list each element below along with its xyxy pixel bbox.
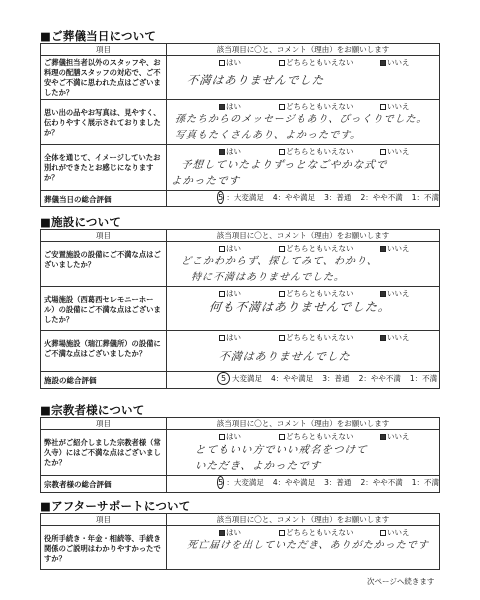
column-header-instruction: 該当項目に〇と、コメント（理由）をお願いします [167, 44, 440, 56]
checkbox-icon[interactable] [219, 291, 225, 297]
question-text: 弊社がご紹介しました宗教者様（常久寺）にはご不満な点はございましたか？ [41, 430, 166, 468]
selected-rating-circle[interactable]: 5 [217, 476, 224, 489]
checkbox-checked-icon[interactable] [219, 104, 225, 110]
question-row: ご安置施設の設備にご不満な点はございましたか？ はい どちらともいえない いいえ… [41, 242, 440, 287]
column-header-instruction: 該当項目に〇と、コメント（理由）をお願いします [167, 230, 440, 242]
checkbox-icon[interactable] [219, 60, 225, 66]
checkbox-icon[interactable] [279, 335, 285, 341]
checkbox-icon[interactable] [219, 335, 225, 341]
checkbox-icon[interactable] [279, 246, 285, 252]
question-row: 役所手続き・年金・相続等、手続き関係のご説明はわかりやすかったですか？ はい ど… [41, 526, 440, 570]
option-no[interactable]: いいえ [380, 58, 410, 68]
handwritten-comment: 孫たちからのメッセージもあり、びっくりでした。 [166, 112, 440, 128]
checkbox-icon[interactable] [380, 104, 386, 110]
checkbox-icon[interactable] [279, 149, 285, 155]
checkbox-checked-icon[interactable] [219, 149, 225, 155]
option-neutral[interactable]: どちらともいえない [279, 58, 380, 68]
option-no[interactable]: いいえ [380, 102, 410, 112]
checkbox-checked-icon[interactable] [380, 434, 386, 440]
rating-label: 宗教者様の総合評価 [41, 476, 166, 490]
question-text: 全体を通じて、イメージしていたお別れができたとお感じになりますか？ [41, 145, 166, 183]
answer-options: はい どちらともいえない いいえ [167, 287, 439, 299]
option-neutral[interactable]: どちらともいえない [279, 244, 380, 254]
rating-row: 施設の総合評価 5 大変満足 4：やや満足 3：普通 2：やや不満 1：不満 [41, 372, 440, 389]
handwritten-comment: 予想していたよりずっとなごやかな式で [166, 157, 440, 173]
option-neutral[interactable]: どちらともいえない [279, 102, 380, 112]
rating-label: 施設の総合評価 [41, 372, 166, 386]
religious-table: 項目 該当項目に〇と、コメント（理由）をお願いします 弊社がご紹介しました宗教者… [40, 417, 440, 493]
question-row: 火葬場施設（瑞江葬儀所）の設備にご不満な点はございましたか？ はい どちらともい… [41, 331, 440, 372]
option-neutral[interactable]: どちらともいえない [279, 528, 380, 538]
option-no[interactable]: いいえ [380, 289, 410, 299]
answer-options: はい どちらともいえない いいえ [167, 331, 439, 343]
option-no[interactable]: いいえ [380, 244, 410, 254]
question-text: ご葬儀担当者以外のスタッフや、お料理の配膳スタッフの対応で、ご不安やご不満に思わ… [41, 56, 166, 98]
checkbox-icon[interactable] [279, 291, 285, 297]
question-text: 式場施設（西葛西セレモニーホール）の設備にご不満な点はございましたか？ [41, 287, 166, 325]
section-title-facilities: ■施設について [40, 215, 121, 229]
rating-scale[interactable]: 5 ：大変満足 4：やや満足 3：普通 2：やや不満 1：不満 [167, 476, 439, 489]
option-no[interactable]: いいえ [380, 528, 410, 538]
option-no[interactable]: いいえ [380, 333, 410, 343]
handwritten-comment: とてもいい方でいい戒名をつけて [166, 442, 440, 458]
handwritten-comment: 死亡届けを出していただき、ありがたかったです [166, 538, 440, 554]
rating-label: 葬儀当日の総合評価 [41, 191, 166, 205]
handwritten-comment: よかったです [166, 173, 440, 189]
rating-scale[interactable]: 5 大変満足 4：やや満足 3：普通 2：やや不満 1：不満 [167, 372, 439, 385]
question-row: 思い出の品やお写真は、見やすく、伝わりやすく展示されておりましたか？ はい どち… [41, 100, 440, 145]
checkbox-icon[interactable] [279, 104, 285, 110]
option-yes[interactable]: はい [219, 289, 279, 299]
option-no[interactable]: いいえ [380, 432, 410, 442]
section-title-after-support: ■アフターサポートについて [40, 499, 190, 513]
answer-options: はい どちらともいえない いいえ [167, 526, 439, 538]
option-yes[interactable]: はい [219, 102, 279, 112]
option-yes[interactable]: はい [219, 333, 279, 343]
answer-options: はい どちらともいえない いいえ [167, 430, 439, 442]
checkbox-icon[interactable] [279, 530, 285, 536]
handwritten-comment: どこかわからず、探してみて、わかり、 [166, 254, 440, 270]
section-title-religious: ■宗教者様について [40, 403, 144, 417]
handwritten-comment: 不満はありませんでした [166, 68, 440, 88]
option-yes[interactable]: はい [219, 58, 279, 68]
checkbox-icon[interactable] [380, 530, 386, 536]
checkbox-checked-icon[interactable] [380, 246, 386, 252]
column-header-instruction: 該当項目に〇と、コメント（理由）をお願いします [167, 418, 440, 430]
facilities-table: 項目 該当項目に〇と、コメント（理由）をお願いします ご安置施設の設備にご不満な… [40, 229, 440, 389]
checkbox-icon[interactable] [380, 149, 386, 155]
section-title-funeral-day: ■ご葬儀当日について [40, 29, 156, 43]
continued-next-page-note: 次ページへ続きます [367, 576, 434, 587]
answer-options: はい どちらともいえない いいえ [167, 56, 439, 68]
checkbox-checked-icon[interactable] [380, 291, 386, 297]
option-neutral[interactable]: どちらともいえない [279, 432, 380, 442]
option-no[interactable]: いいえ [380, 147, 410, 157]
option-yes[interactable]: はい [219, 244, 279, 254]
checkbox-checked-icon[interactable] [380, 335, 386, 341]
question-row: 全体を通じて、イメージしていたお別れができたとお感じになりますか？ はい どちら… [41, 145, 440, 191]
rating-scale[interactable]: 5 ：大変満足 4：やや満足 3：普通 2：やや不満 1：不満 [167, 191, 439, 204]
question-row: 弊社がご紹介しました宗教者様（常久寺）にはご不満な点はございましたか？ はい ど… [41, 430, 440, 476]
column-header-item: 項目 [41, 230, 167, 242]
answer-options: はい どちらともいえない いいえ [167, 145, 439, 157]
question-text: 役所手続き・年金・相続等、手続き関係のご説明はわかりやすかったですか？ [41, 526, 166, 564]
checkbox-checked-icon[interactable] [380, 60, 386, 66]
handwritten-comment: いただき、よかったです [166, 458, 440, 474]
option-yes[interactable]: はい [219, 147, 279, 157]
question-text: 思い出の品やお写真は、見やすく、伝わりやすく展示されておりましたか？ [41, 100, 166, 138]
checkbox-icon[interactable] [279, 60, 285, 66]
option-yes[interactable]: はい [219, 528, 279, 538]
option-neutral[interactable]: どちらともいえない [279, 333, 380, 343]
option-yes[interactable]: はい [219, 432, 279, 442]
column-header-item: 項目 [41, 44, 167, 56]
question-row: 式場施設（西葛西セレモニーホール）の設備にご不満な点はございましたか？ はい ど… [41, 287, 440, 331]
selected-rating-circle[interactable]: 5 [217, 191, 224, 204]
checkbox-icon[interactable] [279, 434, 285, 440]
option-neutral[interactable]: どちらともいえない [279, 147, 380, 157]
column-header-instruction: 該当項目に〇と、コメント（理由）をお願いします [167, 514, 440, 526]
question-text: ご安置施設の設備にご不満な点はございましたか？ [41, 242, 166, 270]
handwritten-comment: 写真もたくさんあり、よかったです。 [166, 128, 440, 144]
handwritten-comment: 何も不満はありませんでした。 [166, 299, 440, 315]
column-header-item: 項目 [41, 418, 167, 430]
checkbox-icon[interactable] [219, 246, 225, 252]
rating-row: 葬儀当日の総合評価 5 ：大変満足 4：やや満足 3：普通 2：やや不満 1：不… [41, 191, 440, 207]
answer-options: はい どちらともいえない いいえ [167, 100, 439, 112]
checkbox-checked-icon[interactable] [219, 530, 225, 536]
question-row: ご葬儀担当者以外のスタッフや、お料理の配膳スタッフの対応で、ご不安やご不満に思わ… [41, 56, 440, 100]
after-support-table: 項目 該当項目に〇と、コメント（理由）をお願いします 役所手続き・年金・相続等、… [40, 513, 440, 570]
handwritten-comment: 不満はありませんでした [166, 343, 440, 365]
column-header-item: 項目 [41, 514, 167, 526]
rating-row: 宗教者様の総合評価 5 ：大変満足 4：やや満足 3：普通 2：やや不満 1：不… [41, 476, 440, 493]
answer-options: はい どちらともいえない いいえ [167, 242, 439, 254]
checkbox-icon[interactable] [219, 434, 225, 440]
question-text: 火葬場施設（瑞江葬儀所）の設備にご不満な点はございましたか？ [41, 331, 166, 359]
option-neutral[interactable]: どちらともいえない [279, 289, 380, 299]
funeral-day-table: 項目 該当項目に〇と、コメント（理由）をお願いします ご葬儀担当者以外のスタッフ… [40, 43, 440, 207]
selected-rating-circle[interactable]: 5 [217, 372, 230, 385]
handwritten-comment: 特に不満はありませんでした。 [166, 270, 440, 286]
